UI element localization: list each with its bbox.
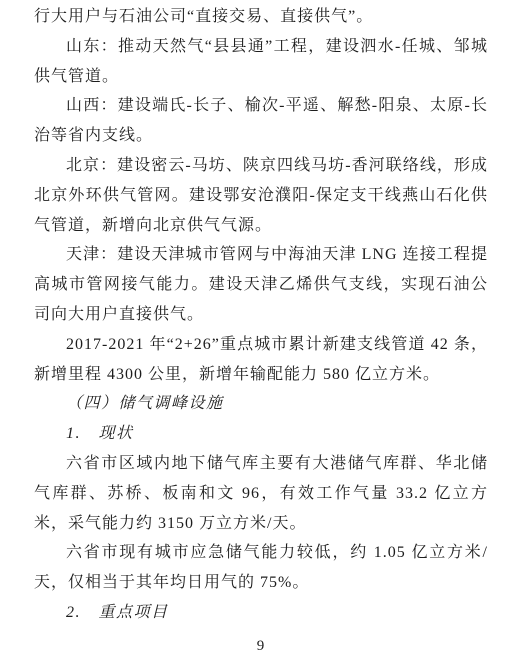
- body-paragraph: 行大用户与石油公司“直接交易、直接供气”。: [34, 2, 488, 32]
- numbered-heading: 2. 重点项目: [34, 598, 488, 628]
- section-heading: （四）储气调峰设施: [34, 389, 488, 419]
- body-paragraph: 六省市现有城市应急储气能力较低，约 1.05 亿立方米/天，仅相当于其年均日用气…: [34, 538, 488, 598]
- document-page: 行大用户与石油公司“直接交易、直接供气”。 山东：推动天然气“县县通”工程，建设…: [0, 0, 521, 660]
- body-paragraph: 山东：推动天然气“县县通”工程，建设泗水-任城、邹城供气管道。: [34, 32, 488, 92]
- body-paragraph: 2017-2021 年“2+26”重点城市累计新建支线管道 42 条，新增里程 …: [34, 330, 488, 390]
- body-paragraph: 天津：建设天津城市管网与中海油天津 LNG 连接工程提高城市管网接气能力。建设天…: [34, 240, 488, 329]
- body-paragraph: 北京：建设密云-马坊、陕京四线马坊-香河联络线，形成北京外环供气管网。建设鄂安沧…: [34, 151, 488, 240]
- body-paragraph: 山西：建设端氏-长子、榆次-平遥、解愁-阳泉、太原-长治等省内支线。: [34, 91, 488, 151]
- page-content: 行大用户与石油公司“直接交易、直接供气”。 山东：推动天然气“县县通”工程，建设…: [34, 2, 488, 628]
- page-number: 9: [0, 637, 521, 655]
- numbered-heading: 1. 现状: [34, 419, 488, 449]
- body-paragraph: 六省市区域内地下储气库主要有大港储气库群、华北储气库群、苏桥、板南和文 96，有…: [34, 449, 488, 538]
